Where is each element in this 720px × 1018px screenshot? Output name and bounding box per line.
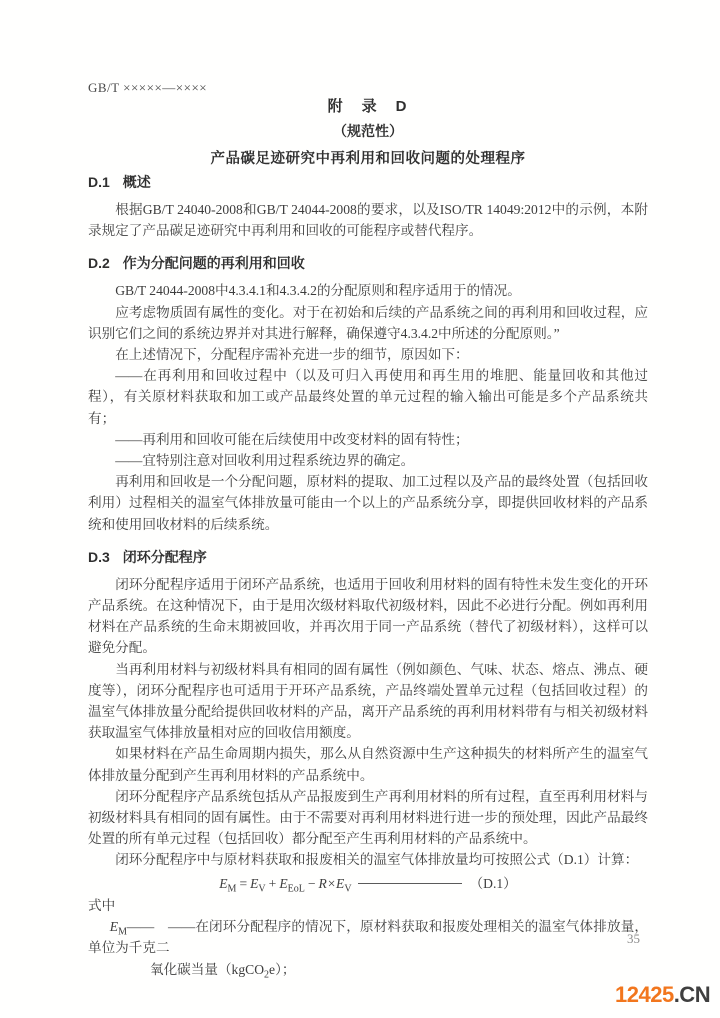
section-heading-d1: D.1概述 <box>88 172 648 192</box>
formula-coefficient: R× <box>319 876 336 891</box>
section-title: 闭环分配程序 <box>123 549 207 565</box>
formula-term: E <box>219 876 227 891</box>
paragraph: 闭环分配程序适用于闭环产品系统，也适用于回收利用材料的固有特性未发生变化的开环产… <box>88 574 648 659</box>
definition-dashes: —— —— <box>127 919 195 934</box>
dash-list-item: ——在再利用和回收过程中（以及可归入再使用和再生用的堆肥、能量回收和其他过程），… <box>88 365 648 429</box>
section-number: D.2 <box>88 255 110 271</box>
section-title: 概述 <box>123 174 151 190</box>
formula-subscript: V <box>258 883 265 894</box>
formula-subscript: EoL <box>288 883 305 894</box>
paragraph: 闭环分配程序中与原材料获取和报废相关的温室气体排放量均可按照公式（D.1）计算： <box>88 849 648 870</box>
section-title: 作为分配问题的再利用和回收 <box>123 255 305 271</box>
section-heading-d3: D.3闭环分配程序 <box>88 547 648 567</box>
paragraph-overview: 根据GB/T 24040-2008和GB/T 24044-2008的要求，以及I… <box>88 199 648 241</box>
unit-line: 氧化碳当量（kgCO2e）； <box>150 959 648 980</box>
standard-number: GB/T ×××××—×××× <box>88 80 207 96</box>
paragraph: 在上述情况下，分配程序需补充进一步的细节，原因如下： <box>88 344 648 365</box>
symbol-base: E <box>110 919 118 934</box>
logo-number-part: 12425 <box>615 982 674 1007</box>
unit-suffix: e）； <box>269 962 295 977</box>
paragraph: GB/T 24044-2008中4.3.4.1和4.3.4.2的分配原则和程序适… <box>88 280 648 301</box>
normative-label: （规范性） <box>88 121 648 141</box>
paragraph: 再利用和回收是一个分配问题，原材料的提取、加工过程以及产品的最终处置（包括回收利… <box>88 471 648 535</box>
site-watermark-logo: 12425.CN <box>615 982 710 1008</box>
symbol-definition: EM—— ——在闭环分配程序的情况下，原材料获取和报废处理相关的温室气体排放量，… <box>88 916 648 958</box>
formula-subscript: V <box>344 883 351 894</box>
formula-leader-line <box>358 883 462 885</box>
where-lead: 式中 <box>88 895 648 916</box>
section-heading-d2: D.2作为分配问题的再利用和回收 <box>88 253 648 273</box>
section-number: D.3 <box>88 549 110 565</box>
dash-list-item: ——再利用和回收可能在后续使用中改变材料的固有特性； <box>88 429 648 450</box>
formula-label: （D.1） <box>470 876 517 891</box>
paragraph: 应考虑物质固有属性的变化。对于在初始和后续的产品系统之间的再利用和回收过程，应识… <box>88 302 648 344</box>
symbol-subscript: M <box>118 927 127 938</box>
formula-term: E <box>279 876 287 891</box>
title-block: 附 录 D （规范性） 产品碳足迹研究中再利用和回收问题的处理程序 <box>88 95 648 168</box>
document-page: GB/T ×××××—×××× 附 录 D （规范性） 产品碳足迹研究中再利用和… <box>0 0 720 1018</box>
formula-operator: + <box>266 876 280 891</box>
unit-prefix: 氧化碳当量（kgCO <box>150 962 264 977</box>
formula-operator: = <box>236 876 250 891</box>
appendix-title: 附 录 D <box>88 95 648 116</box>
formula-d1: EM=EV+EEoL−R×EV（D.1） <box>88 873 648 894</box>
appendix-subtitle: 产品碳足迹研究中再利用和回收问题的处理程序 <box>88 147 648 168</box>
formula-operator: − <box>305 876 319 891</box>
dash-list-item: ——宜特别注意对回收利用过程系统边界的确定。 <box>88 450 648 471</box>
logo-tld-part: .CN <box>674 982 710 1007</box>
document-body: D.1概述 根据GB/T 24040-2008和GB/T 24044-2008的… <box>88 168 648 980</box>
paragraph: 闭环分配程序产品系统包括从产品报废到生产再利用材料的所有过程，直至再利用材料与初… <box>88 786 648 850</box>
page-number: 35 <box>627 931 640 947</box>
paragraph: 当再利用材料与初级材料具有相同的固有属性（例如颜色、气味、状态、熔点、沸点、硬度… <box>88 659 648 744</box>
paragraph: 如果材料在产品生命周期内损失，那么从自然资源中生产这种损失的材料所产生的温室气体… <box>88 743 648 785</box>
section-number: D.1 <box>88 174 110 190</box>
